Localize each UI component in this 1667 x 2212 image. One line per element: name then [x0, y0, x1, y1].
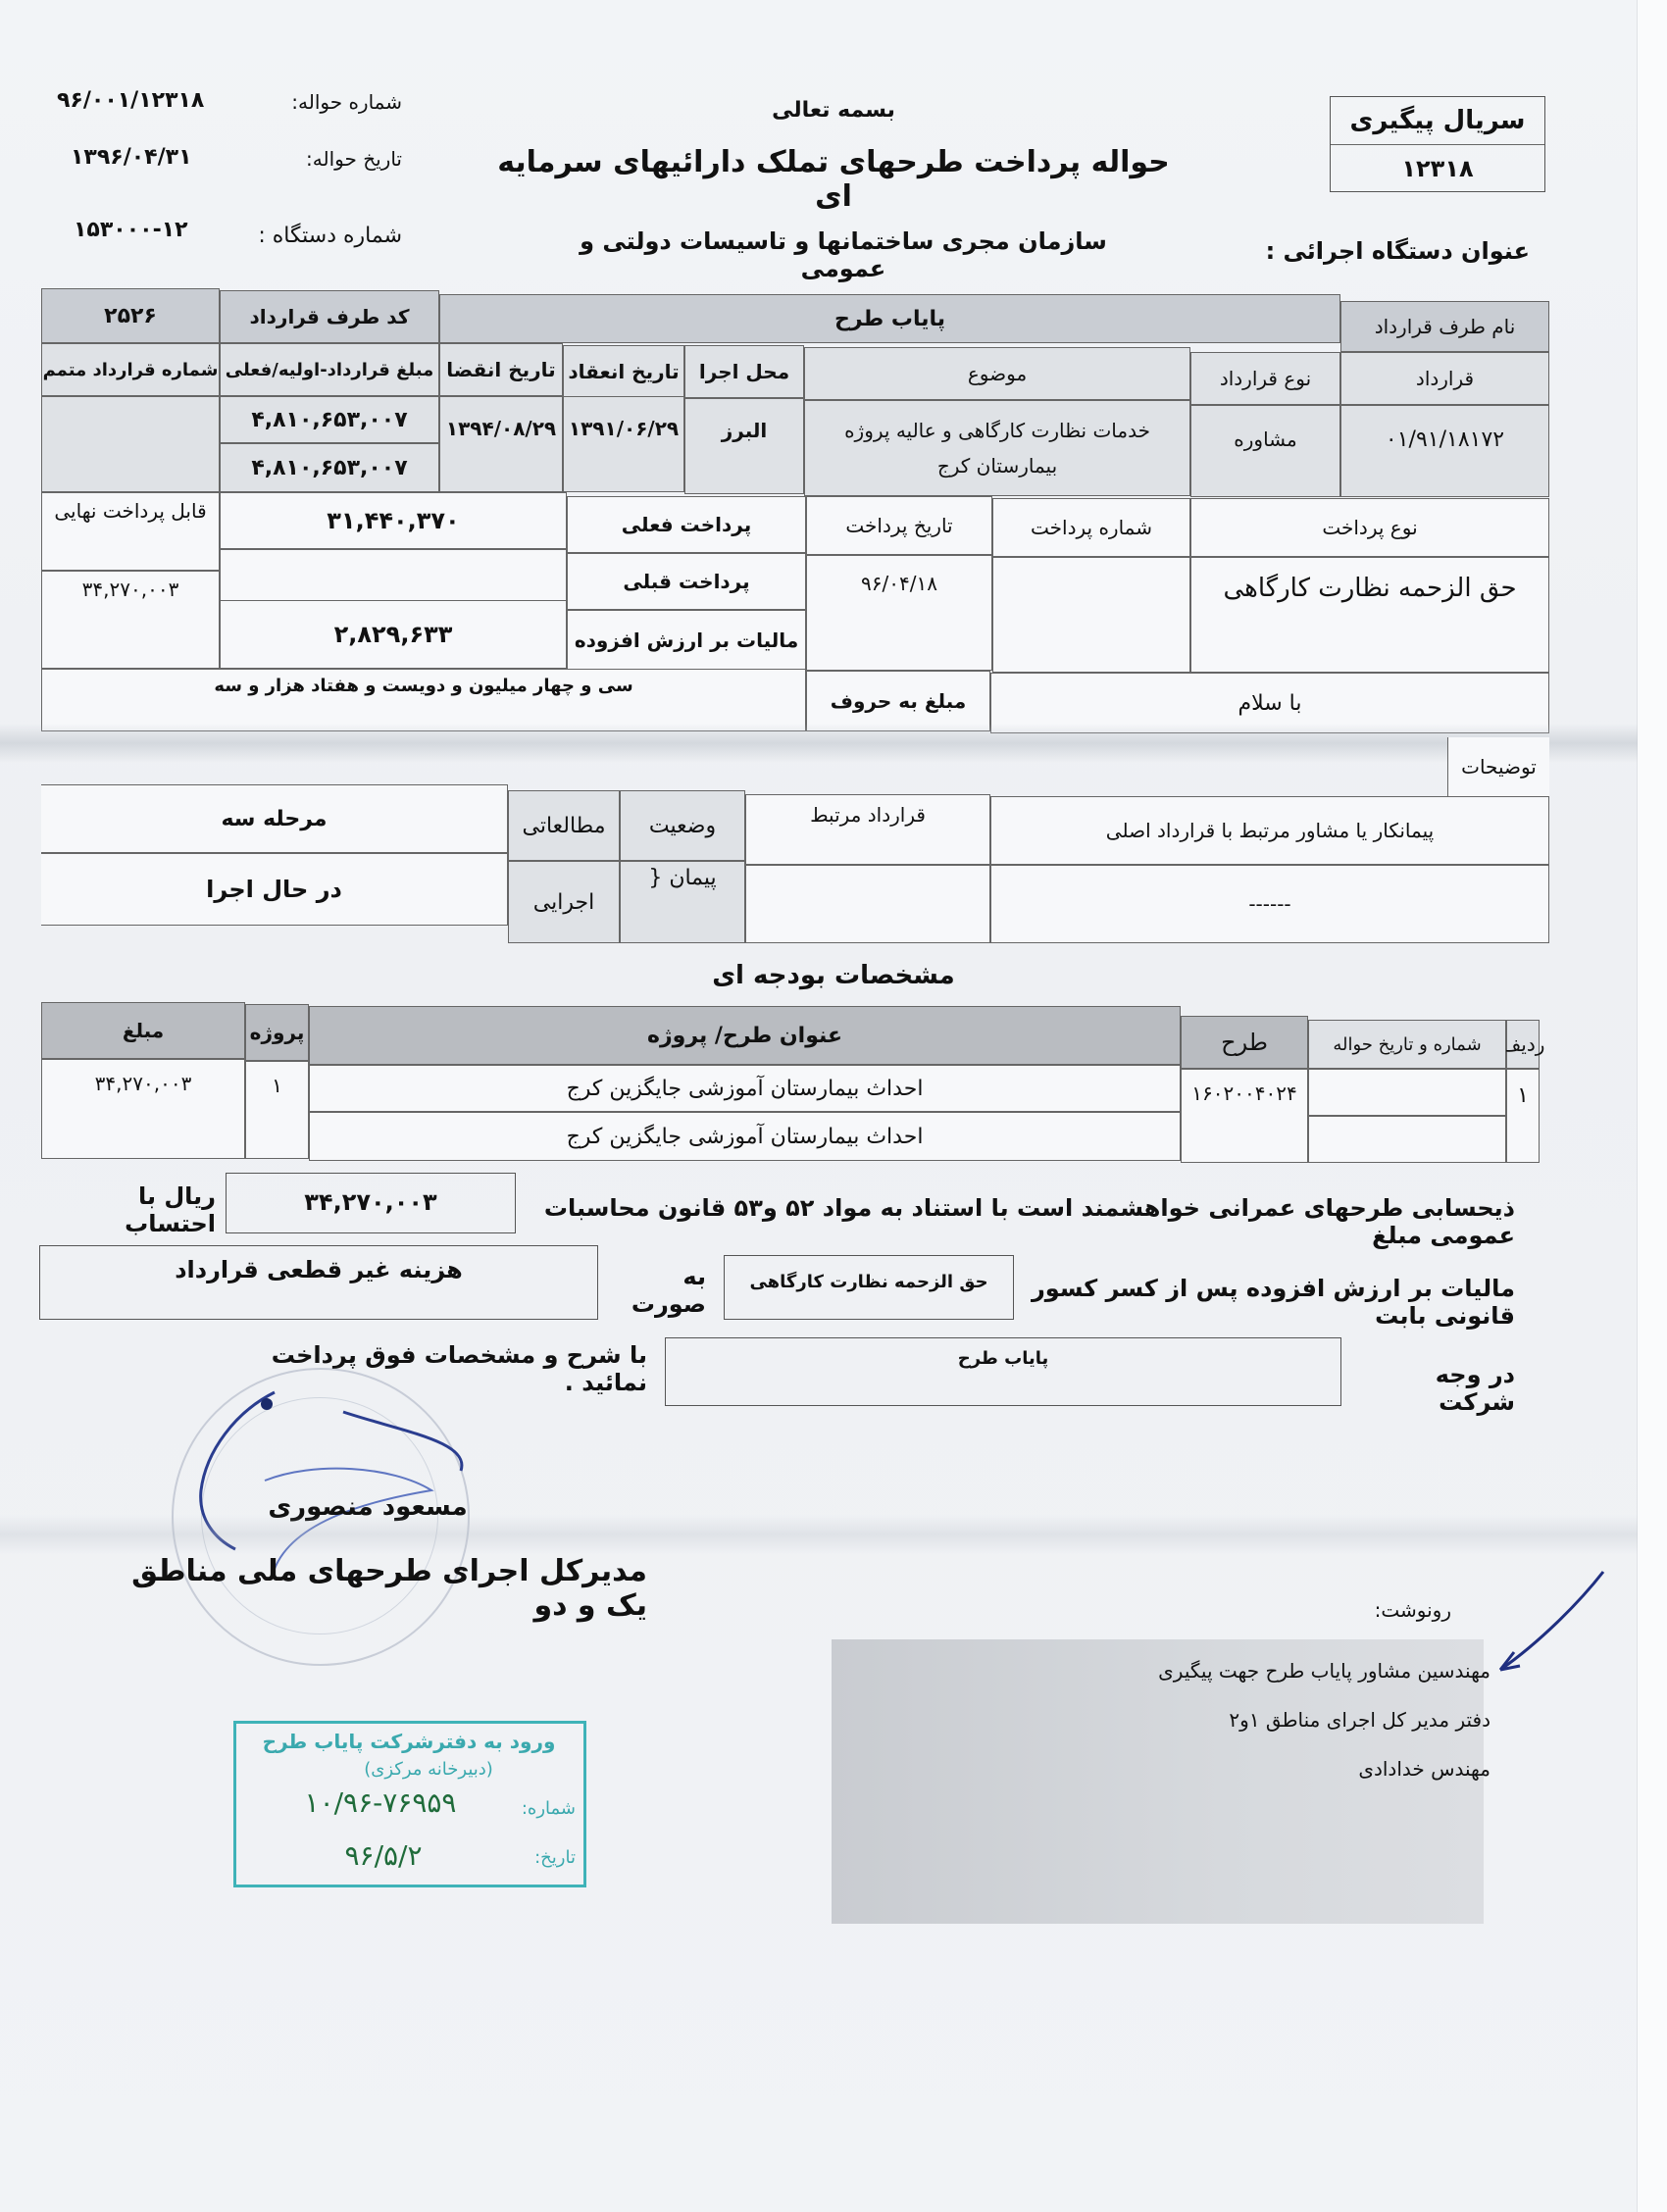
document-title: حواله پرداخت طرحهای تملک دارائیهای سرمای…: [490, 145, 1177, 214]
budget-title: مشخصات بودجه ای: [686, 961, 981, 990]
supplement-header: شماره قرارداد متمم: [41, 343, 220, 396]
instruction-line-2-mid: به صورت: [608, 1263, 706, 1318]
related-contract-label: قرارداد مرتبط: [745, 794, 990, 865]
budget-row-header: ردیف: [1506, 1020, 1540, 1069]
contract-number: ۰۱/۹۱/۱۸۱۷۲: [1340, 405, 1549, 497]
contract-location: البرز: [684, 398, 804, 494]
end-date-header: تاریخ انقضا: [439, 343, 563, 396]
paper-fold: [0, 724, 1638, 763]
payee-company-box: پایاب طرح: [665, 1337, 1341, 1406]
cc-line-1: مهندسین مشاور پایاب طرح جهت پیگیری: [981, 1659, 1490, 1683]
instruction-line-2: مالیات بر ارزش افزوده پس از کسر کسور قان…: [1010, 1275, 1515, 1330]
party-name-label: نام طرف قرارداد: [1340, 301, 1549, 352]
budget-project-title-2: احداث بیمارستان آموزشی جایگزین کرج: [309, 1112, 1181, 1161]
havale-number-label: شماره حواله:: [255, 90, 402, 114]
final-payable-value: ۳۴,۲۷۰,۰۰۳: [41, 571, 220, 669]
havale-date-label: تاریخ حواله:: [255, 147, 402, 171]
current-payment-value: ۳۱,۴۴۰,۳۷۰: [220, 492, 567, 549]
payment-number-value: [992, 557, 1190, 673]
stamp-date-label: تاریخ:: [507, 1847, 576, 1868]
contract-header: قرارداد: [1340, 352, 1549, 405]
payment-type-value: حق الزحمه نظارت کارگاهی: [1190, 557, 1549, 673]
budget-havale-cell-2: [1308, 1116, 1506, 1163]
paper-fold-2: [0, 1515, 1638, 1554]
stage-label: مرحله سه: [41, 784, 508, 853]
party-code-value: ۲۵۲۶: [41, 288, 220, 343]
final-payable-label: قابل پرداخت نهایی: [41, 492, 220, 571]
party-name-value: پایاب طرح: [439, 294, 1340, 343]
cc-line-2: دفتر مدیر کل اجرای مناطق ۱و۲: [981, 1708, 1490, 1732]
arrow-pen-mark-icon: [1481, 1564, 1608, 1682]
contract-start-date: ۱۳۹۱/۰۶/۲۹: [563, 396, 684, 492]
contract-type-header: نوع قرارداد: [1190, 352, 1340, 405]
payment-date-value: ۹۶/۰۴/۱۸: [806, 555, 992, 671]
cc-line-3: مهندس خدادادی: [981, 1757, 1490, 1781]
budget-project-title-1: احداث بیمارستان آموزشی جایگزین کرج: [309, 1065, 1181, 1112]
instruction-line-1: ذیحسابی طرحهای عمرانی خواهشمند است با اس…: [530, 1194, 1515, 1249]
budget-row-number: ۱: [1506, 1069, 1540, 1163]
payment-number-label: شماره پرداخت: [992, 498, 1190, 557]
stamp-number-label: شماره:: [507, 1798, 576, 1819]
payment-date-label: تاریخ پرداخت: [806, 496, 992, 555]
contract-amount-current: ۴,۸۱۰,۶۵۳,۰۰۷: [220, 443, 439, 492]
status-study: مطالعاتی: [508, 790, 620, 861]
payment-type-box: هزینه غیر قطعی قرارداد: [39, 1245, 598, 1320]
payment-reason-box: حق الزحمه نظارت کارگاهی: [724, 1255, 1014, 1320]
stamp-number-value: ۱۰/۹۶-۷۶۹۵۹: [258, 1786, 503, 1819]
location-header: محل اجرا: [684, 345, 804, 398]
device-number-label: شماره دستگاه :: [245, 224, 402, 248]
tracking-serial-label: سریال پیگیری: [1331, 97, 1544, 145]
amount-words-value: سی و چهار میلیون و دویست و هفتاد هزار و …: [41, 669, 806, 731]
budget-plan-code: ۱۶۰۲۰۰۴۰۲۴: [1181, 1069, 1308, 1163]
related-contractor-label: پیمانکار یا مشاور مرتبط با قرارداد اصلی: [990, 796, 1549, 865]
tracking-serial-value: ۱۲۳۱۸: [1331, 145, 1544, 192]
vat-value: ۲,۸۲۹,۶۳۳: [220, 600, 567, 669]
notes-label: توضیحات: [1447, 737, 1549, 796]
budget-title-header: عنوان طرح/ پروژه: [309, 1006, 1181, 1065]
contract-end-date: ۱۳۹۴/۰۸/۲۹: [439, 396, 563, 492]
stamp-subtitle: (دبیرخانه مرکزی): [281, 1759, 576, 1780]
contract-amount-initial: ۴,۸۱۰,۶۵۳,۰۰۷: [220, 396, 439, 443]
havale-number-value: ۹۶/۰۰۱/۱۲۳۱۸: [57, 88, 224, 113]
status-label: وضعیت: [620, 790, 745, 861]
status-contract: پیمان {: [620, 861, 745, 943]
related-contractor-value: ------: [990, 865, 1549, 943]
payment-type-label: نوع پرداخت: [1190, 498, 1549, 557]
stamp-title: ورود به دفترشرکت پایاب طرح: [242, 1730, 576, 1753]
previous-payment-label: پرداخت قبلی: [567, 553, 806, 610]
org-label: عنوان دستگاه اجرائی :: [1236, 237, 1530, 265]
instruction-line-3: در وجه شرکت: [1353, 1361, 1515, 1416]
budget-havale-cell: [1308, 1069, 1506, 1116]
stamp-date-value: ۹۶/۵/۲: [295, 1839, 472, 1872]
tracking-serial-box: سریال پیگیری ۱۲۳۱۸: [1330, 96, 1545, 192]
start-date-header: تاریخ انعقاد: [563, 345, 684, 398]
instruction-line-1-suffix: ریال با احتساب: [39, 1182, 216, 1237]
budget-havale-header: شماره و تاریخ حواله: [1308, 1020, 1506, 1069]
budget-project-number: ۱: [245, 1061, 309, 1159]
contract-subject: خدمات نظارت کارگاهی و عالیه پروژه بیمارس…: [804, 400, 1190, 496]
amount-words-label: مبلغ به حروف: [806, 671, 990, 731]
current-payment-label: پرداخت فعلی: [567, 496, 806, 553]
budget-amount: ۳۴,۲۷۰,۰۰۳: [41, 1059, 245, 1159]
budget-plan-header: طرح: [1181, 1016, 1308, 1069]
havale-date-value: ۱۳۹۶/۰۴/۳۱: [71, 145, 237, 170]
payable-amount-box: ۳۴,۲۷۰,۰۰۳: [226, 1173, 516, 1233]
subject-header: موضوع: [804, 347, 1190, 400]
org-name: سازمان مجری ساختمانها و تاسیسات دولتی و …: [549, 227, 1137, 282]
stage-value: در حال اجرا: [41, 853, 508, 926]
device-number-value: ۱۵۳۰۰۰-۱۲: [74, 218, 240, 242]
party-code-label: کد طرف قرارداد: [220, 290, 439, 343]
budget-amount-header: مبلغ: [41, 1002, 245, 1059]
amount-header: مبلغ قرارداد-اولیه/فعلی: [220, 343, 439, 396]
budget-project-header: پروژه: [245, 1004, 309, 1061]
receipt-stamp: ورود به دفترشرکت پایاب طرح (دبیرخانه مرک…: [233, 1721, 586, 1887]
contract-type: مشاوره: [1190, 405, 1340, 497]
related-contract-value: [745, 865, 990, 943]
cc-label: رونوشت:: [1275, 1598, 1451, 1622]
havale-document: بسمه تعالی حواله پرداخت طرحهای تملک دارا…: [0, 0, 1667, 2212]
signer-position: مدیرکل اجرای طرحهای ملی مناطق یک و دو: [118, 1554, 647, 1623]
contract-supplement: [41, 396, 220, 492]
page-edge: [1637, 0, 1667, 2212]
status-execution: اجرایی: [508, 861, 620, 943]
basmala: بسمه تعالی: [686, 98, 981, 123]
vat-label: مالیات بر ارزش افزوده: [567, 610, 806, 671]
